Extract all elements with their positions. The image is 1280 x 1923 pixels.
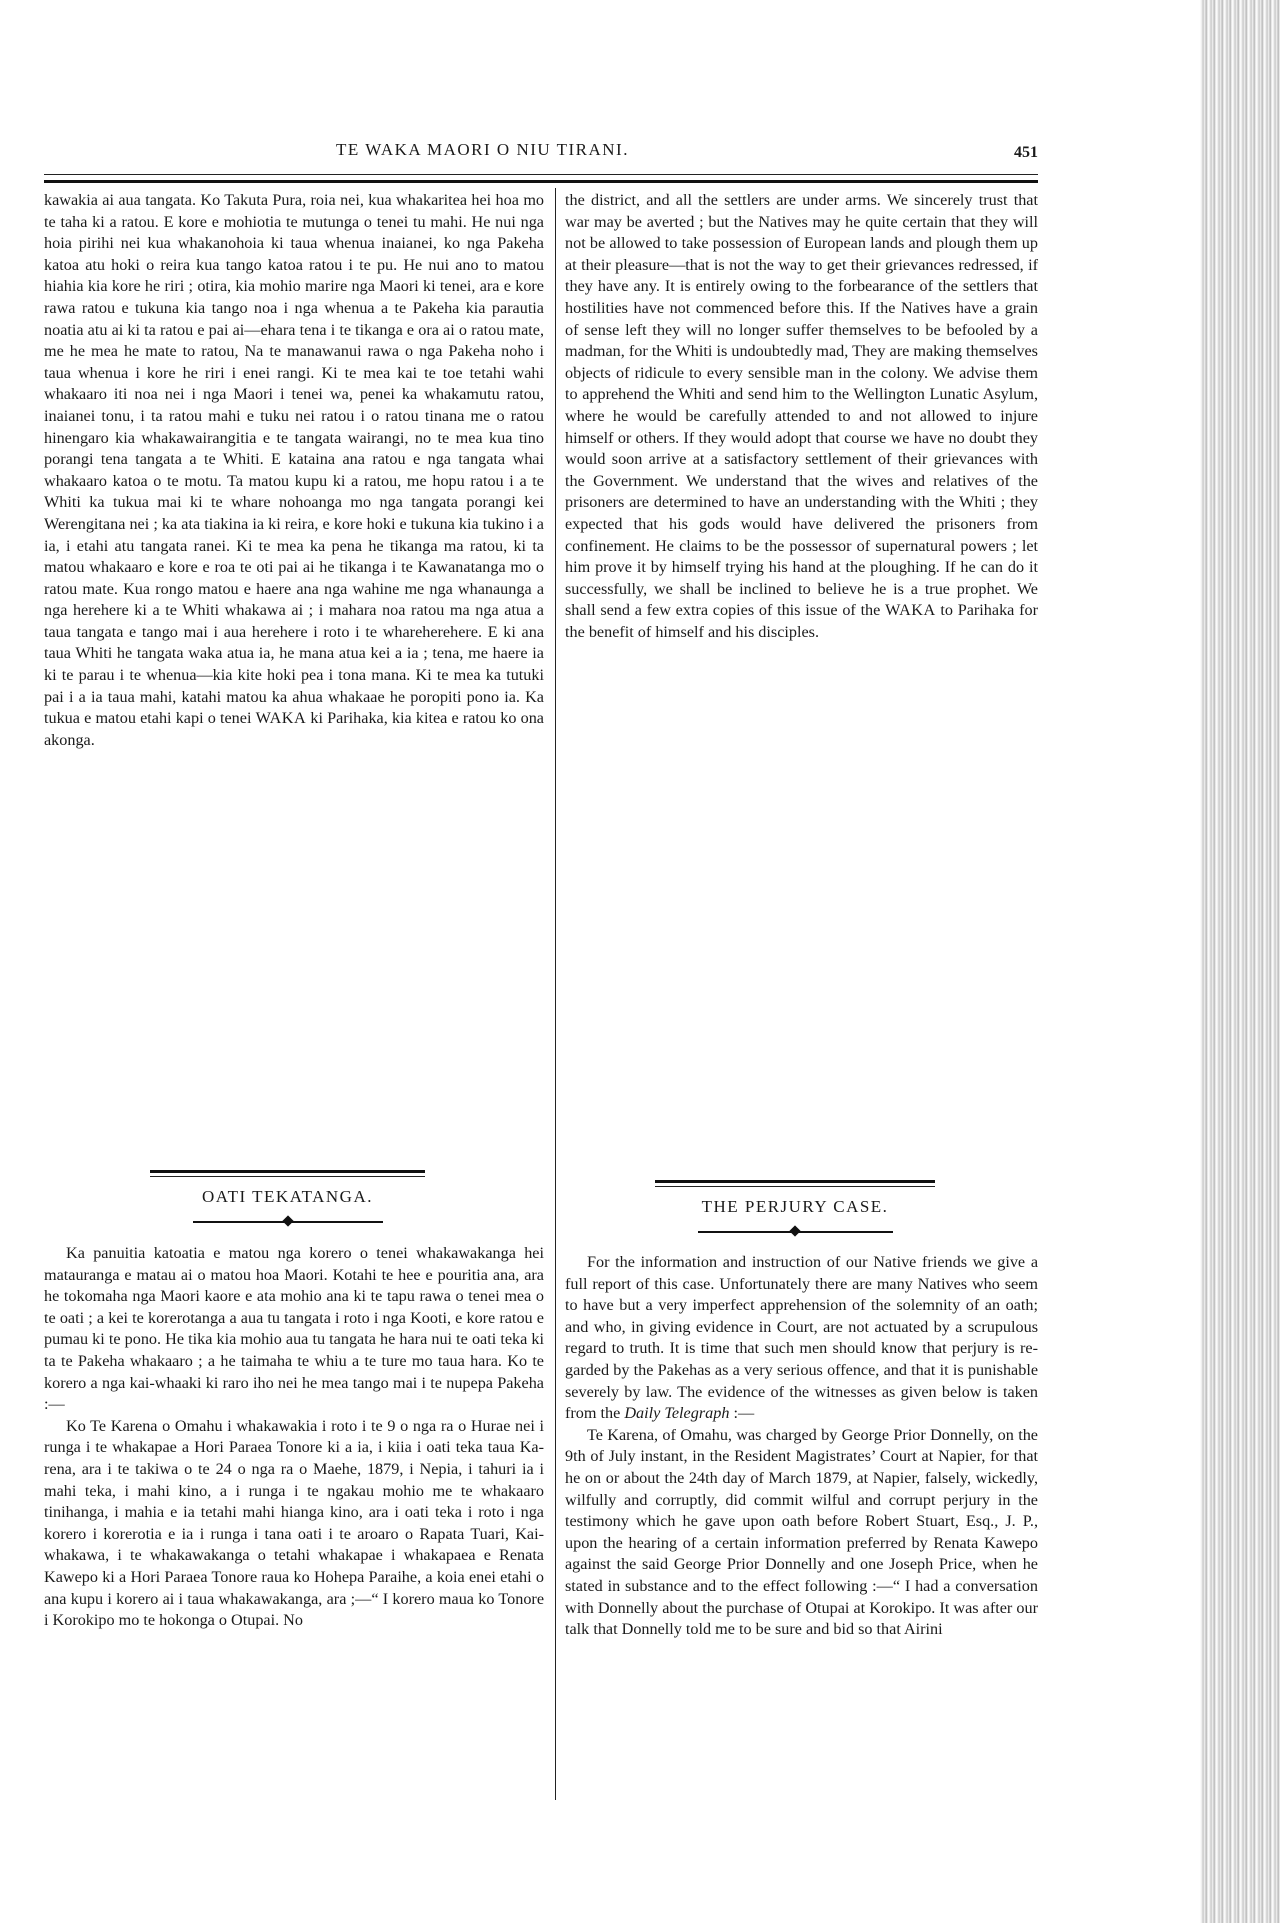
section-paragraph: Ka panuitia katoatia e matou nga korero … [44,1243,544,1416]
running-head: TE WAKA MAORI O NIU TIRANI. 451 [160,140,1038,170]
section-title: OATI TEKATANGA. [150,1187,425,1207]
newspaper-page: TE WAKA MAORI O NIU TIRANI. 451 kawakia … [0,0,1280,1923]
section-title: THE PERJURY CASE. [655,1197,935,1217]
heading-rule-thin [655,1186,935,1187]
ornament-divider [698,1227,893,1237]
section-paragraph: Ko Te Karena o Omahu i whakawakia i roto… [44,1416,544,1632]
section-heading-perjury-case: THE PERJURY CASE. [655,1180,935,1237]
diamond-ornament-icon [789,1225,800,1236]
left-continuation-paragraph: kawakia ai aua tangata. Ko Takuta Pura, … [44,190,544,751]
section-heading-oati-tekatanga: OATI TEKATANGA. [150,1170,425,1227]
heading-rule-thick [150,1170,425,1173]
left-column-continuation: kawakia ai aua tangata. Ko Takuta Pura, … [44,190,544,751]
right-column-continuation: the district, and all the settlers are u… [565,190,1038,643]
section-paragraph: Te Karena, of Omahu, was charged by Geor… [565,1425,1038,1641]
running-title: TE WAKA MAORI O NIU TIRANI. [336,140,629,160]
heading-rule-thick [655,1180,935,1183]
waka-smallcaps: WAKA [256,709,307,727]
column-divider [555,188,556,1800]
waka-smallcaps: WAKA [885,601,936,619]
header-rule-thin [44,174,1038,175]
section-paragraph: For the information and instruction of o… [565,1252,1038,1425]
left-column-section-body: Ka panuitia katoatia e matou nga korero … [44,1243,544,1632]
ornament-divider [193,1217,383,1227]
heading-rule-thin [150,1176,425,1177]
right-continuation-paragraph: the district, and all the settlers are u… [565,190,1038,643]
header-rule-thick [44,180,1038,183]
scan-edge-artifact [1200,0,1280,1923]
diamond-ornament-icon [282,1215,293,1226]
right-column-section-body: For the information and instruction of o… [565,1252,1038,1641]
newspaper-title-italic: Daily Telegraph [624,1404,729,1422]
page-number: 451 [1014,144,1038,162]
